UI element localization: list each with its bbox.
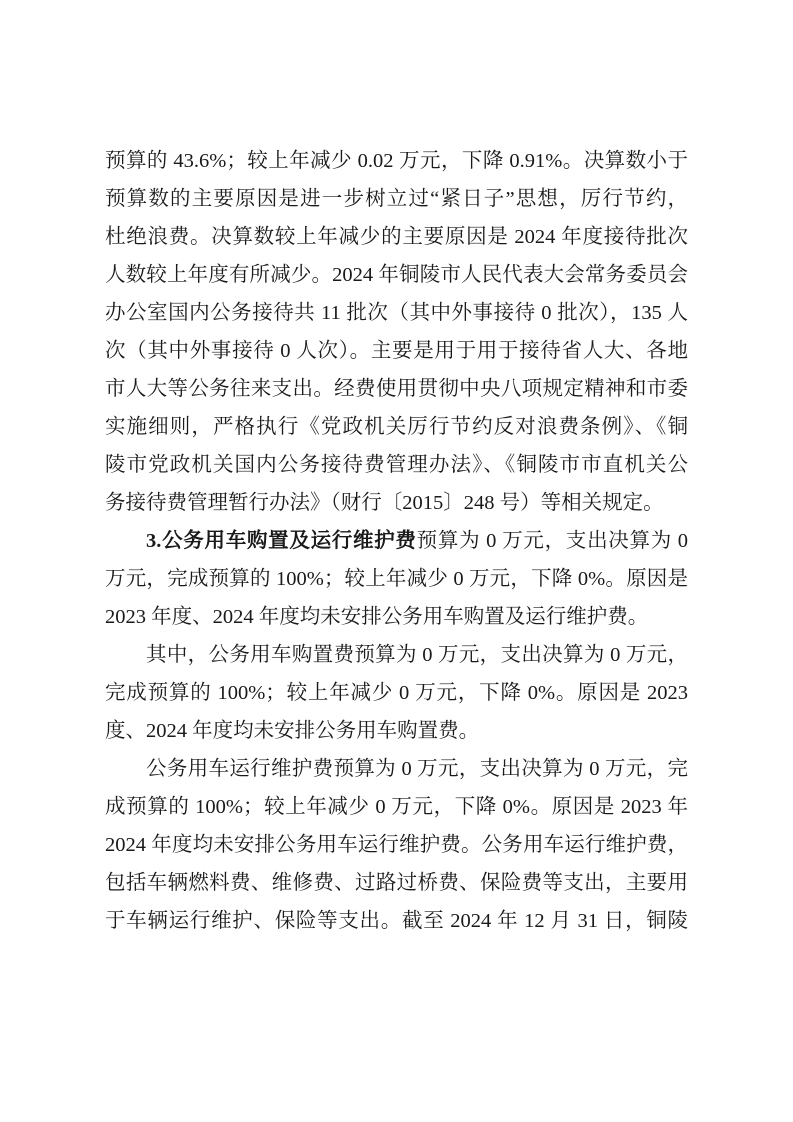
paragraph-official-reception: 预算的 43.6%；较上年减少 0.02 万元，下降 0.91%。决算数小于 预… (105, 142, 688, 522)
paragraph-vehicle-total: 3.公务用车购置及运行维护费预算为 0 万元，支出决算为 0 万元，完成预算的 … (105, 522, 688, 636)
document-body: 预算的 43.6%；较上年减少 0.02 万元，下降 0.91%。决算数小于 预… (105, 142, 688, 940)
body-text-line: 实施细则，严格执行《党政机关厉行节约反对浪费条例》、《铜 (105, 408, 688, 446)
body-text-line: 万元，完成预算的 100%；较上年减少 0 万元，下降 0%。原因是 (105, 560, 688, 598)
paragraph-vehicle-maintenance: 公务用车运行维护费预算为 0 万元，支出决算为 0 万元，完 成预算的 100%… (105, 750, 688, 940)
body-text-line: 于车辆运行维护、保险等支出。截至 2024 年 12 月 31 日，铜陵 (105, 902, 688, 940)
document-page: 预算的 43.6%；较上年减少 0.02 万元，下降 0.91%。决算数小于 预… (0, 0, 793, 1122)
body-text-line: 2024 年度均未安排公务用车运行维护费。公务用车运行维护费， (105, 826, 688, 864)
body-text-line: 2023 年度、2024 年度均未安排公务用车购置及运行维护费。 (105, 598, 688, 636)
vehicle-heading-line: 3.公务用车购置及运行维护费预算为 0 万元，支出决算为 0 (105, 522, 688, 560)
body-text-line: 成预算的 100%；较上年减少 0 万元，下降 0%。原因是 2023 年度、 (105, 788, 688, 826)
body-text-line: 杜绝浪费。决算数较上年减少的主要原因是 2024 年度接待批次及 (105, 218, 688, 256)
body-text-line: 公务用车运行维护费预算为 0 万元，支出决算为 0 万元，完 (105, 750, 688, 788)
body-text-line: 预算的 43.6%；较上年减少 0.02 万元，下降 0.91%。决算数小于 (105, 142, 688, 180)
body-text-line: 市人大等公务往来支出。经费使用贯彻中央八项规定精神和市委 (105, 370, 688, 408)
body-text-line: 度、2024 年度均未安排公务用车购置费。 (105, 712, 688, 750)
body-text-line: 包括车辆燃料费、维修费、过路过桥费、保险费等支出，主要用 (105, 864, 688, 902)
body-text-line: 办公室国内公务接待共 11 批次（其中外事接待 0 批次），135 人 (105, 294, 688, 332)
body-text-line: 次（其中外事接待 0 人次）。主要是用于用于接待省人大、各地 (105, 332, 688, 370)
section-heading-continuation: 预算为 0 万元，支出决算为 0 (417, 530, 688, 552)
body-text-line: 其中，公务用车购置费预算为 0 万元，支出决算为 0 万元， (105, 636, 688, 674)
body-text-line: 完成预算的 100%；较上年减少 0 万元，下降 0%。原因是 2023 年 (105, 674, 688, 712)
paragraph-vehicle-purchase: 其中，公务用车购置费预算为 0 万元，支出决算为 0 万元， 完成预算的 100… (105, 636, 688, 750)
body-text-line: 人数较上年度有所减少。2024 年铜陵市人民代表大会常务委员会 (105, 256, 688, 294)
section-heading: 3.公务用车购置及运行维护费 (146, 530, 417, 552)
body-text-line: 陵市党政机关国内公务接待费管理办法》、《铜陵市市直机关公 (105, 446, 688, 484)
body-text-line: 预算数的主要原因是进一步树立过“紧日子”思想，厉行节约， (105, 180, 688, 218)
body-text-line: 务接待费管理暂行办法》（财行〔2015〕248 号）等相关规定。 (105, 484, 688, 522)
